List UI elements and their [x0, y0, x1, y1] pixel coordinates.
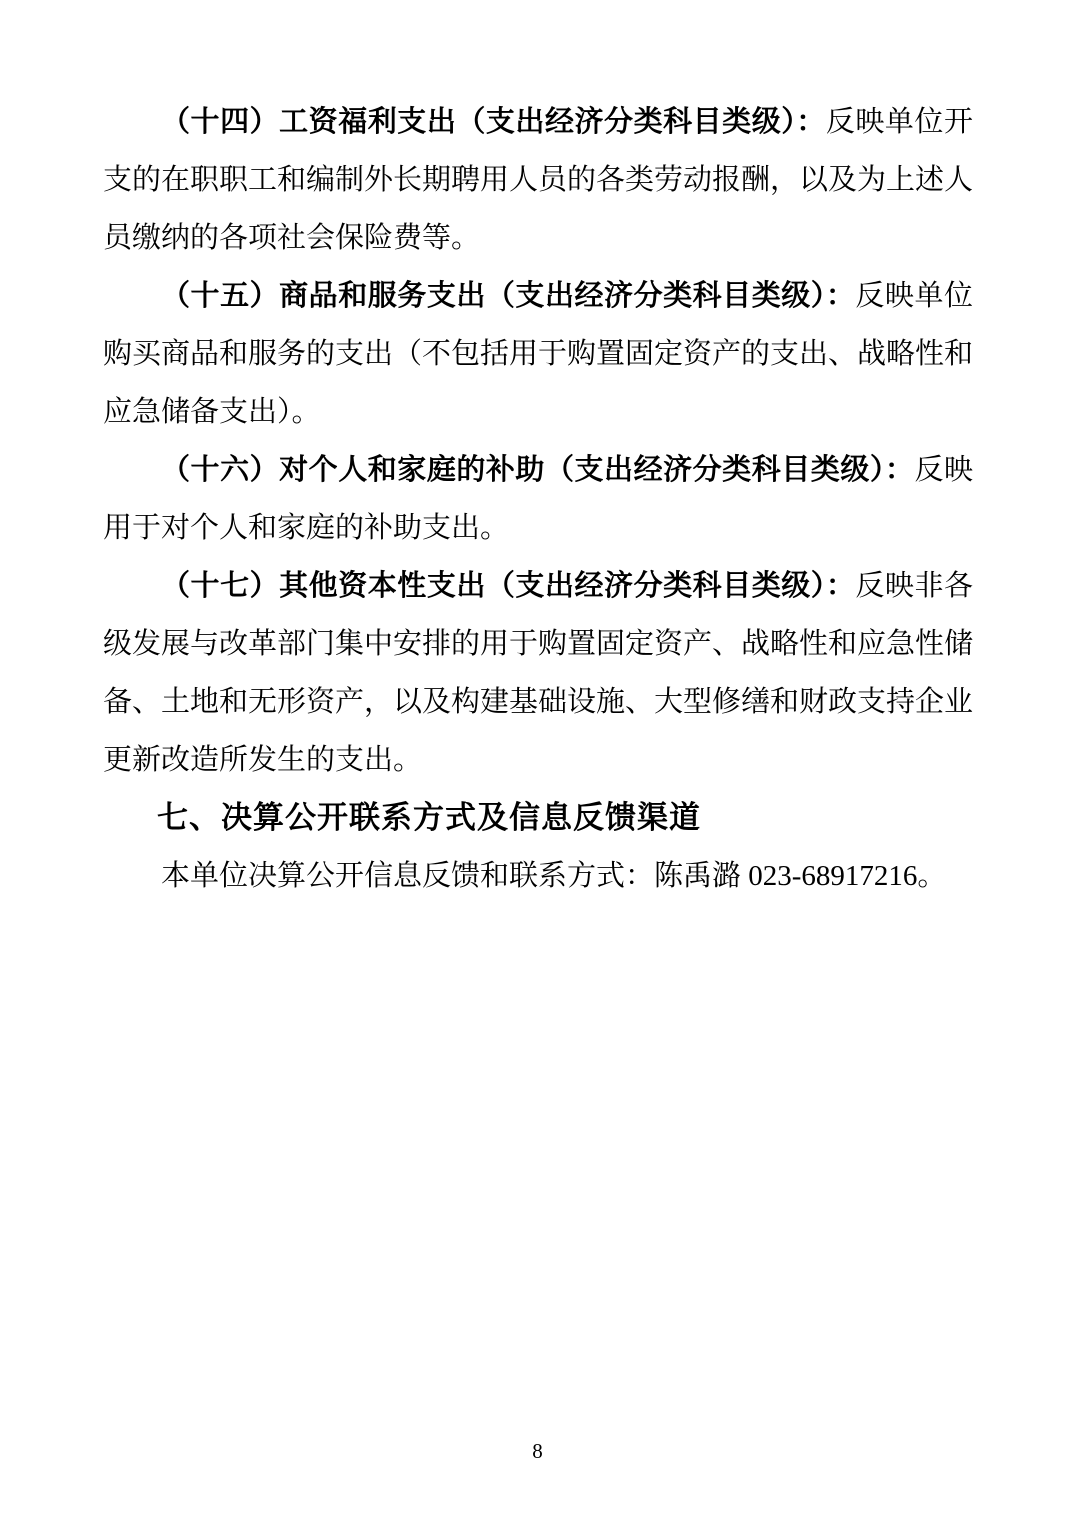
clause-lead: （十六）对个人和家庭的补助（支出经济分类科目类级）：: [161, 454, 914, 486]
document-page: （十四）工资福利支出（支出经济分类科目类级）：反映单位开支的在职职工和编制外长期…: [0, 0, 1075, 1520]
clause-paragraph-17: （十七）其他资本性支出（支出经济分类科目类级）：反映非各级发展与改革部门集中安排…: [103, 557, 973, 789]
document-content: （十四）工资福利支出（支出经济分类科目类级）：反映单位开支的在职职工和编制外长期…: [103, 93, 973, 905]
contact-line: 本单位决算公开信息反馈和联系方式：陈禹潞 023-68917216。: [103, 847, 973, 905]
section-heading: 七、决算公开联系方式及信息反馈渠道: [103, 789, 973, 847]
clause-lead: （十四）工资福利支出（支出经济分类科目类级）：: [161, 106, 826, 138]
clause-paragraph-16: （十六）对个人和家庭的补助（支出经济分类科目类级）：反映用于对个人和家庭的补助支…: [103, 441, 973, 557]
clause-paragraph-15: （十五）商品和服务支出（支出经济分类科目类级）：反映单位购买商品和服务的支出（不…: [103, 267, 973, 441]
clause-lead: （十五）商品和服务支出（支出经济分类科目类级）：: [161, 280, 855, 312]
clause-paragraph-14: （十四）工资福利支出（支出经济分类科目类级）：反映单位开支的在职职工和编制外长期…: [103, 93, 973, 267]
page-number: 8: [0, 1436, 1075, 1466]
clause-lead: （十七）其他资本性支出（支出经济分类科目类级）：: [161, 570, 855, 602]
